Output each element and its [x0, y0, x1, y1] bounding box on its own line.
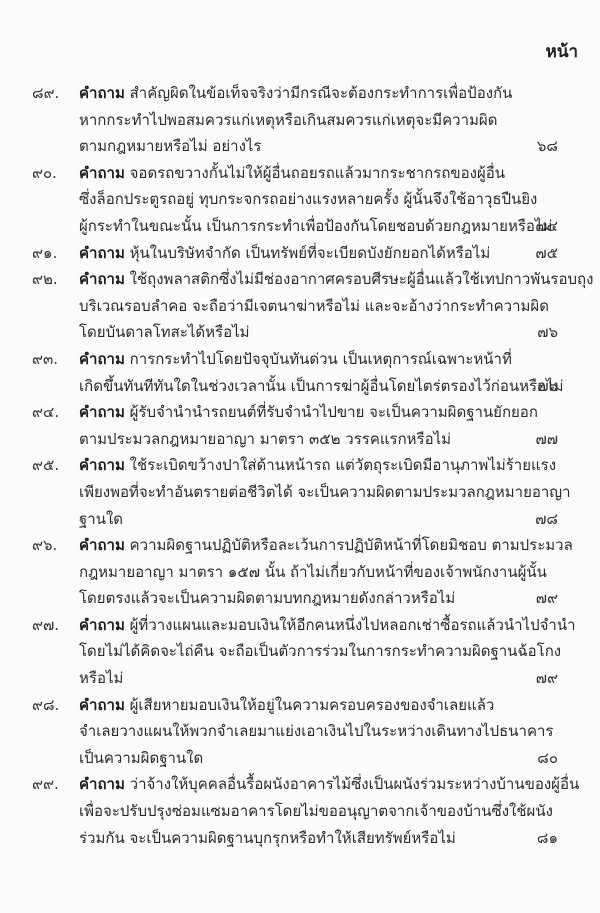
entry-text: คำถาม ผู้ที่วางแผนและมอบเงินให้อีกคนหนึ่… [79, 612, 576, 639]
toc-line: บริเวณรอบลำคอ จะถือว่ามีเจตนาฆ่าหรือไม่ … [0, 293, 600, 320]
question-text: ผู้รับจำนำนำรถยนต์ที่รับจำนำไปขาย จะเป็น… [130, 403, 538, 421]
entry-number: ๙๑. [32, 240, 72, 267]
question-text: ตามกฎหมายหรือไม่ อย่างไร [79, 137, 262, 155]
entry-text: โดยไม่ได้คิดจะไถ่คืน จะถือเป็นตัวการร่วม… [79, 638, 561, 665]
toc-line: ตามประมวลกฎหมายอาญา มาตรา ๓๕๒ วรรคแรกหรื… [0, 426, 600, 453]
question-text: ใช้ระเบิดขว้างปาใส่ด้านหน้ารถ แต่วัตถุระ… [130, 456, 556, 474]
entry-number: ๙๐. [32, 160, 72, 187]
question-keyword: คำถาม [79, 696, 125, 714]
question-text: กฎหมายอาญา มาตรา ๑๕๗ นั้น ถ้าไม่เกี่ยวกั… [79, 563, 547, 581]
toc-line: เพียงพอที่จะทำอันตรายต่อชีวิตได้ จะเป็นค… [0, 479, 600, 506]
question-text: โดยตรงแล้วจะเป็นความผิดตามบทกฎหมายดังกล่… [79, 589, 455, 607]
question-text: เพื่อจะปรับปรุงซ่อมแซมอาคารโดยไม่ขออนุญา… [79, 802, 553, 820]
entry-text: เพื่อจะปรับปรุงซ่อมแซมอาคารโดยไม่ขออนุญา… [79, 798, 553, 825]
question-keyword: คำถาม [79, 84, 125, 102]
entry-text: ผู้กระทำในขณะนั้น เป็นการกระทำเพื่อป้องก… [79, 213, 552, 240]
toc-line: ตามกฎหมายหรือไม่ อย่างไร๖๘ [0, 133, 600, 160]
toc-entry: ๘๙.คำถาม สำคัญผิดในข้อเท็จจริงว่ามีกรณีจ… [0, 80, 600, 160]
entry-number: ๙๒. [32, 266, 72, 293]
question-text: ฐานใด [79, 510, 123, 528]
toc-entry: ๙๕.คำถาม ใช้ระเบิดขว้างปาใส่ด้านหน้ารถ แ… [0, 452, 600, 532]
question-text: โดยไม่ได้คิดจะไถ่คืน จะถือเป็นตัวการร่วม… [79, 642, 561, 660]
entry-text: ตามประมวลกฎหมายอาญา มาตรา ๓๕๒ วรรคแรกหรื… [79, 426, 451, 453]
toc-entry: ๙๒.คำถาม ใช้ถุงพลาสติกซึ่งไม่มีช่องอากาศ… [0, 266, 600, 346]
entry-text: กฎหมายอาญา มาตรา ๑๕๗ นั้น ถ้าไม่เกี่ยวกั… [79, 559, 547, 586]
question-text: ความผิดฐานปฏิบัติหรือละเว้นการปฏิบัติหน้… [130, 536, 573, 554]
entry-text: เพียงพอที่จะทำอันตรายต่อชีวิตได้ จะเป็นค… [79, 479, 571, 506]
toc-line: ๙๙.คำถาม ว่าจ้างให้บุคคลอื่นรื้อผนังอาคา… [0, 771, 600, 798]
question-text: หากกระทำไปพอสมควรแก่เหตุหรือเกินสมควรแก่… [79, 111, 497, 129]
entry-text: เป็นความผิดฐานใด [79, 745, 203, 772]
page-number: ๗๔ [535, 213, 558, 240]
entry-number: ๙๙. [32, 771, 72, 798]
question-text: การกระทำไปโดยปัจจุบันทันด่วน เป็นเหตุการ… [130, 350, 512, 368]
question-keyword: คำถาม [79, 536, 125, 554]
toc-line: ๙๑.คำถาม หุ้นในบริษัทจำกัด เป็นทรัพย์ที่… [0, 240, 600, 267]
entry-text: ตามกฎหมายหรือไม่ อย่างไร [79, 133, 262, 160]
question-text: ว่าจ้างให้บุคคลอื่นรื้อผนังอาคารไม้ซึ่งเ… [130, 775, 580, 793]
toc-line: ๙๔.คำถาม ผู้รับจำนำนำรถยนต์ที่รับจำนำไปข… [0, 399, 600, 426]
entry-text: เกิดขึ้นทันทีทันใดในช่วงเวลานั้น เป็นการ… [79, 373, 563, 400]
toc-line: ๙๐.คำถาม จอดรถขวางกั้นไม่ให้ผู้อื่นถอยรถ… [0, 160, 600, 187]
toc-line: ผู้กระทำในขณะนั้น เป็นการกระทำเพื่อป้องก… [0, 213, 600, 240]
page-number: ๗๘ [535, 506, 558, 533]
entry-text: คำถาม หุ้นในบริษัทจำกัด เป็นทรัพย์ที่จะเ… [79, 240, 490, 267]
question-keyword: คำถาม [79, 616, 125, 634]
question-text: ผู้เสียหายมอบเงินให้อยู่ในความครอบครองขอ… [130, 696, 495, 714]
entry-number: ๙๖. [32, 532, 72, 559]
question-text: ใช้ถุงพลาสติกซึ่งไม่มีช่องอากาศครอบศีรษะ… [130, 270, 594, 288]
entry-text: จำเลยวางแผนให้พวกจำเลยมาแย่งเอาเงินไปในร… [79, 718, 553, 745]
entry-number: ๙๘. [32, 692, 72, 719]
question-keyword: คำถาม [79, 403, 125, 421]
toc-entry: ๙๓.คำถาม การกระทำไปโดยปัจจุบันทันด่วน เป… [0, 346, 600, 399]
toc-line: โดยบันดาลโทสะได้หรือไม่๗๖ [0, 319, 600, 346]
page-number: ๗๗ [535, 426, 558, 453]
entry-text: คำถาม ใช้ระเบิดขว้างปาใส่ด้านหน้ารถ แต่ว… [79, 452, 556, 479]
question-text: หรือไม่ [79, 669, 123, 687]
toc-line: ๙๘.คำถาม ผู้เสียหายมอบเงินให้อยู่ในความค… [0, 692, 600, 719]
toc-line: หรือไม่๗๙ [0, 665, 600, 692]
question-text: ตามประมวลกฎหมายอาญา มาตรา ๓๕๒ วรรคแรกหรื… [79, 430, 451, 448]
question-text: หุ้นในบริษัทจำกัด เป็นทรัพย์ที่จะเบียดบั… [130, 244, 491, 262]
toc-line: เกิดขึ้นทันทีทันใดในช่วงเวลานั้น เป็นการ… [0, 373, 600, 400]
entry-text: ร่วมกัน จะเป็นความผิดฐานบุกรุกหรือทำให้เ… [79, 825, 456, 852]
toc-line: ๙๒.คำถาม ใช้ถุงพลาสติกซึ่งไม่มีช่องอากาศ… [0, 266, 600, 293]
toc-entry: ๙๗.คำถาม ผู้ที่วางแผนและมอบเงินให้อีกคนห… [0, 612, 600, 692]
toc-line: ๙๗.คำถาม ผู้ที่วางแผนและมอบเงินให้อีกคนห… [0, 612, 600, 639]
toc-line: ๙๓.คำถาม การกระทำไปโดยปัจจุบันทันด่วน เป… [0, 346, 600, 373]
toc-line: เพื่อจะปรับปรุงซ่อมแซมอาคารโดยไม่ขออนุญา… [0, 798, 600, 825]
page-number: ๗๙ [536, 665, 558, 692]
entry-text: คำถาม การกระทำไปโดยปัจจุบันทันด่วน เป็นเ… [79, 346, 512, 373]
question-text: เกิดขึ้นทันทีทันใดในช่วงเวลานั้น เป็นการ… [79, 377, 563, 395]
entry-number: ๙๗. [32, 612, 72, 639]
toc-line: หากกระทำไปพอสมควรแก่เหตุหรือเกินสมควรแก่… [0, 107, 600, 134]
entry-number: ๙๕. [32, 452, 72, 479]
entry-text: คำถาม ใช้ถุงพลาสติกซึ่งไม่มีช่องอากาศครอ… [79, 266, 593, 293]
toc-line: ร่วมกัน จะเป็นความผิดฐานบุกรุกหรือทำให้เ… [0, 825, 600, 852]
toc-line: ฐานใด๗๘ [0, 506, 600, 533]
entry-text: หรือไม่ [79, 665, 123, 692]
toc-entry: ๙๐.คำถาม จอดรถขวางกั้นไม่ให้ผู้อื่นถอยรถ… [0, 160, 600, 240]
toc-entry: ๙๘.คำถาม ผู้เสียหายมอบเงินให้อยู่ในความค… [0, 692, 600, 772]
toc-line: ๙๕.คำถาม ใช้ระเบิดขว้างปาใส่ด้านหน้ารถ แ… [0, 452, 600, 479]
entry-number: ๘๙. [32, 80, 72, 107]
entry-text: คำถาม ผู้เสียหายมอบเงินให้อยู่ในความครอบ… [79, 692, 494, 719]
question-text: จำเลยวางแผนให้พวกจำเลยมาแย่งเอาเงินไปในร… [79, 722, 553, 740]
entry-text: คำถาม สำคัญผิดในข้อเท็จจริงว่ามีกรณีจะต้… [79, 80, 512, 107]
toc-line: โดยตรงแล้วจะเป็นความผิดตามบทกฎหมายดังกล่… [0, 585, 600, 612]
question-text: เพียงพอที่จะทำอันตรายต่อชีวิตได้ จะเป็นค… [79, 483, 571, 501]
toc-line: ๙๖.คำถาม ความผิดฐานปฏิบัติหรือละเว้นการป… [0, 532, 600, 559]
entry-text: บริเวณรอบลำคอ จะถือว่ามีเจตนาฆ่าหรือไม่ … [79, 293, 549, 320]
entry-text: โดยบันดาลโทสะได้หรือไม่ [79, 319, 250, 346]
question-text: โดยบันดาลโทสะได้หรือไม่ [79, 323, 250, 341]
question-text: ผู้กระทำในขณะนั้น เป็นการกระทำเพื่อป้องก… [79, 217, 552, 235]
entry-text: ซึ่งล็อกประตูรถอยู่ ทุบกระจกรถอย่างแรงหล… [79, 186, 537, 213]
page-number: ๗๕ [535, 240, 558, 267]
toc-line: กฎหมายอาญา มาตรา ๑๕๗ นั้น ถ้าไม่เกี่ยวกั… [0, 559, 600, 586]
page-number: ๘๑ [537, 825, 558, 852]
question-text: สำคัญผิดในข้อเท็จจริงว่ามีกรณีจะต้องกระท… [130, 84, 513, 102]
table-of-contents: ๘๙.คำถาม สำคัญผิดในข้อเท็จจริงว่ามีกรณีจ… [0, 80, 600, 851]
entry-text: คำถาม ความผิดฐานปฏิบัติหรือละเว้นการปฏิบ… [79, 532, 573, 559]
question-text: ผู้ที่วางแผนและมอบเงินให้อีกคนหนึ่งไปหลอ… [130, 616, 576, 634]
entry-text: คำถาม จอดรถขวางกั้นไม่ให้ผู้อื่นถอยรถแล้… [79, 160, 505, 187]
toc-line: ๘๙.คำถาม สำคัญผิดในข้อเท็จจริงว่ามีกรณีจ… [0, 80, 600, 107]
question-keyword: คำถาม [79, 270, 125, 288]
toc-line: ซึ่งล็อกประตูรถอยู่ ทุบกระจกรถอย่างแรงหล… [0, 186, 600, 213]
question-keyword: คำถาม [79, 244, 125, 262]
entry-number: ๙๔. [32, 399, 72, 426]
toc-entry: ๙๖.คำถาม ความผิดฐานปฏิบัติหรือละเว้นการป… [0, 532, 600, 612]
question-keyword: คำถาม [79, 350, 125, 368]
entry-number: ๙๓. [32, 346, 72, 373]
question-text: ร่วมกัน จะเป็นความผิดฐานบุกรุกหรือทำให้เ… [79, 829, 456, 847]
question-keyword: คำถาม [79, 164, 125, 182]
toc-entry: ๙๔.คำถาม ผู้รับจำนำนำรถยนต์ที่รับจำนำไปข… [0, 399, 600, 452]
entry-text: คำถาม ว่าจ้างให้บุคคลอื่นรื้อผนังอาคารไม… [79, 771, 579, 798]
toc-line: เป็นความผิดฐานใด๘๐ [0, 745, 600, 772]
page-number: ๘๐ [537, 745, 558, 772]
page-number: ๗๖ [537, 319, 558, 346]
question-text: จอดรถขวางกั้นไม่ให้ผู้อื่นถอยรถแล้วมากระ… [130, 164, 505, 182]
toc-entry: ๙๙.คำถาม ว่าจ้างให้บุคคลอื่นรื้อผนังอาคา… [0, 771, 600, 851]
question-keyword: คำถาม [79, 775, 125, 793]
page-number: ๗๙ [536, 585, 558, 612]
toc-entry: ๙๑.คำถาม หุ้นในบริษัทจำกัด เป็นทรัพย์ที่… [0, 240, 600, 267]
page-column-header: หน้า [546, 38, 578, 65]
question-text: เป็นความผิดฐานใด [79, 749, 203, 767]
toc-line: โดยไม่ได้คิดจะไถ่คืน จะถือเป็นตัวการร่วม… [0, 638, 600, 665]
page-number: ๖๘ [537, 133, 558, 160]
entry-text: หากกระทำไปพอสมควรแก่เหตุหรือเกินสมควรแก่… [79, 107, 497, 134]
question-keyword: คำถาม [79, 456, 125, 474]
page-number: ๗๖ [537, 373, 558, 400]
entry-text: คำถาม ผู้รับจำนำนำรถยนต์ที่รับจำนำไปขาย … [79, 399, 538, 426]
toc-line: จำเลยวางแผนให้พวกจำเลยมาแย่งเอาเงินไปในร… [0, 718, 600, 745]
entry-text: ฐานใด [79, 506, 123, 533]
question-text: ซึ่งล็อกประตูรถอยู่ ทุบกระจกรถอย่างแรงหล… [79, 190, 537, 208]
entry-text: โดยตรงแล้วจะเป็นความผิดตามบทกฎหมายดังกล่… [79, 585, 455, 612]
question-text: บริเวณรอบลำคอ จะถือว่ามีเจตนาฆ่าหรือไม่ … [79, 297, 549, 315]
